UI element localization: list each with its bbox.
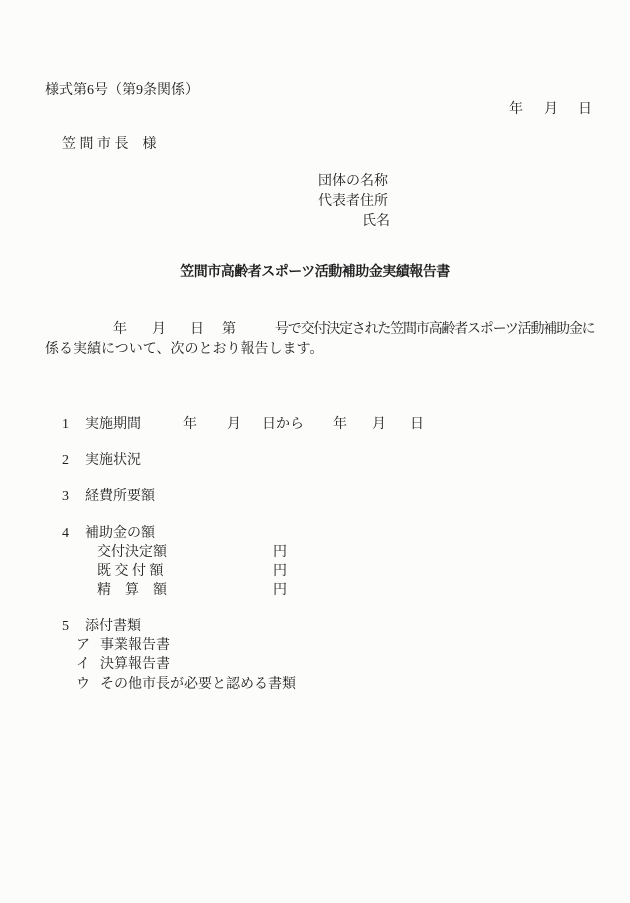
item-1-label: 実施期間 (85, 417, 141, 432)
item-2-number: 2 (62, 453, 69, 468)
decided-amount-label: 交付決定額 (97, 545, 167, 560)
opening-line2: 係る実績について、次のとおり報告します。 (45, 342, 323, 357)
settlement-amount-yen-label: 円 (273, 583, 287, 598)
header-date-day-label: 日 (578, 102, 592, 117)
opening-day-label: 日 (190, 322, 204, 337)
attachment-row-other-documents: ウ その他市長が必要と認める書類 (0, 677, 630, 692)
item-1-from-month-label: 月 (227, 417, 241, 432)
rep-address-label: 代表者住所 (318, 194, 388, 209)
opening-line1-rest: 号で交付決定された笠間市高齢者スポーツ活動補助金に (275, 322, 594, 337)
document-page: 様式第6号（第9条関係） 年 月 日 笠 間 市 長 様 団体の名称 代表者住所… (0, 0, 630, 903)
decided-amount-yen-label: 円 (273, 545, 287, 560)
item-2-status: 2 実施状況 (0, 453, 630, 468)
item-3-number: 3 (62, 489, 69, 504)
attachment-i-label: 決算報告書 (100, 657, 170, 672)
item-4-number: 4 (62, 526, 69, 541)
item-4-label: 補助金の額 (85, 526, 155, 541)
item-5-attachments: 5 添付書類 (0, 619, 630, 634)
item-3-label: 経費所要額 (85, 489, 155, 504)
opening-month-label: 月 (152, 322, 166, 337)
paid-amount-yen-label: 円 (273, 564, 287, 579)
item-1-period: 1 実施期間 年 月 日から 年 月 日 (0, 417, 630, 432)
item-1-to-day-label: 日 (410, 417, 424, 432)
addressee: 笠 間 市 長 様 (62, 137, 157, 152)
rep-name-label: 氏名 (362, 214, 390, 229)
item-5-label: 添付書類 (85, 619, 141, 634)
header-date-line: 年 月 日 (0, 102, 630, 117)
document-title: 笠間市高齢者スポーツ活動補助金実績報告書 (0, 265, 630, 280)
attachment-row-business-report: ア 事業報告書 (0, 638, 630, 653)
org-name-label: 団体の名称 (318, 174, 388, 189)
item-4-row-settlement-amount: 精 算 額 円 (0, 583, 630, 598)
item-5-number: 5 (62, 619, 69, 634)
paid-amount-label: 既 交 付 額 (97, 564, 164, 579)
opening-year-label: 年 (113, 322, 127, 337)
attachment-u-label: その他市長が必要と認める書類 (100, 677, 296, 692)
item-2-label: 実施状況 (85, 453, 141, 468)
item-4-subsidy-amount: 4 補助金の額 (0, 526, 630, 541)
attachment-u-kana: ウ (76, 677, 90, 692)
attachment-a-kana: ア (76, 638, 90, 653)
item-1-from-year-label: 年 (183, 417, 197, 432)
item-1-to-year-label: 年 (333, 417, 347, 432)
header-date-month-label: 月 (544, 102, 558, 117)
attachment-a-label: 事業報告書 (100, 638, 170, 653)
item-4-row-paid-amount: 既 交 付 額 円 (0, 564, 630, 579)
header-date-year-label: 年 (509, 102, 523, 117)
settlement-amount-label: 精 算 額 (97, 583, 167, 598)
item-1-to-month-label: 月 (372, 417, 386, 432)
opening-line1: 年 月 日 第 号で交付決定された笠間市高齢者スポーツ活動補助金に (0, 322, 630, 337)
item-1-from-day-label: 日から (262, 417, 304, 432)
item-3-expenses: 3 経費所要額 (0, 489, 630, 504)
opening-doc-no-prefix: 第 (222, 322, 236, 337)
attachment-i-kana: イ (76, 657, 90, 672)
item-4-row-decided-amount: 交付決定額 円 (0, 545, 630, 560)
attachment-row-settlement-report: イ 決算報告書 (0, 657, 630, 672)
item-1-number: 1 (62, 417, 69, 432)
form-number: 様式第6号（第9条関係） (45, 83, 199, 98)
